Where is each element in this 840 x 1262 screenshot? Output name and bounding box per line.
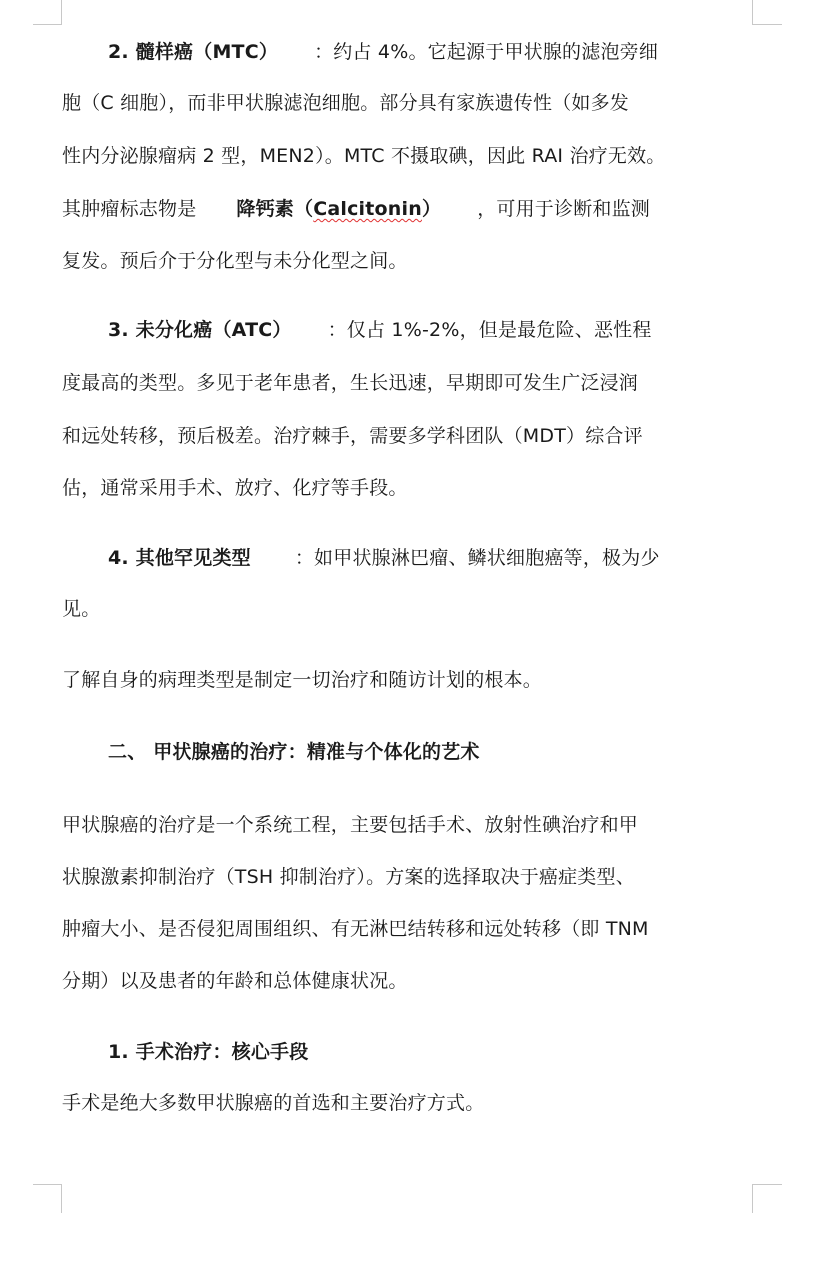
paragraph-line: 其肿瘤标志物是降钙素（Calcitonin），可用于诊断和监测 [62, 196, 762, 222]
paragraph-line: 估，通常采用手术、放疗、化疗等手段。 [62, 475, 762, 501]
crop-mark-top-left-h [33, 24, 62, 25]
crop-mark-bottom-left-v [61, 1184, 62, 1213]
paragraph-line: 状腺激素抑制治疗（TSH 抑制治疗）。方案的选择取决于癌症类型、 [62, 864, 762, 890]
crop-mark-bottom-right-v [752, 1184, 753, 1213]
summary-paragraph: 了解自身的病理类型是制定一切治疗和随访计划的根本。 [62, 667, 762, 693]
paragraph-line: 2. 髓样癌（MTC）：约占 4%。它起源于甲状腺的滤泡旁细 [108, 39, 808, 65]
section-heading: 4. 其他罕见类型 [108, 547, 251, 569]
paragraph-line: 肿瘤大小、是否侵犯周围组织、有无淋巴结转移和远处转移（即 TNM [62, 916, 762, 942]
paragraph-text: ：约占 4%。它起源于甲状腺的滤泡旁细 [314, 41, 658, 63]
paragraph-line: 4. 其他罕见类型：如甲状腺淋巴瘤、鳞状细胞癌等，极为少 [108, 545, 808, 571]
paragraph-line: 和远处转移，预后极差。治疗棘手，需要多学科团队（MDT）综合评 [62, 423, 762, 449]
paragraph-text: ：仅占 1%-2%，但是最危险、恶性程 [328, 319, 652, 341]
paragraph-line: 复发。预后介于分化型与未分化型之间。 [62, 248, 762, 274]
paragraph-line: 胞（C 细胞），而非甲状腺滤泡细胞。部分具有家族遗传性（如多发 [62, 90, 762, 116]
crop-mark-top-right-v [752, 0, 753, 25]
paragraph-text: ：如甲状腺淋巴瘤、鳞状细胞癌等，极为少 [295, 547, 660, 569]
paragraph-text: 其肿瘤标志物是 [62, 198, 196, 220]
crop-mark-top-left-v [61, 0, 62, 25]
subsection-heading: 1. 手术治疗：核心手段 [108, 1039, 808, 1065]
paragraph-text: ，可用于诊断和监测 [477, 198, 650, 220]
paragraph-line: 性内分泌腺瘤病 2 型，MEN2）。MTC 不摄取碘，因此 RAI 治疗无效。 [62, 143, 762, 169]
crop-mark-top-right-h [752, 24, 782, 25]
paragraph-line: 3. 未分化癌（ATC）：仅占 1%-2%，但是最危险、恶性程 [108, 317, 808, 343]
crop-mark-bottom-left-h [33, 1184, 62, 1185]
crop-mark-bottom-right-h [752, 1184, 782, 1185]
calcitonin-term-close: ） [422, 198, 441, 220]
calcitonin-term: 降钙素（ [236, 198, 313, 220]
spellcheck-flagged-word[interactable]: Calcitonin [313, 198, 422, 220]
section-heading: 2. 髓样癌（MTC） [108, 41, 278, 63]
paragraph-line: 甲状腺癌的治疗是一个系统工程，主要包括手术、放射性碘治疗和甲 [62, 812, 762, 838]
chapter-heading: 二、 甲状腺癌的治疗：精准与个体化的艺术 [108, 739, 808, 765]
section-heading: 3. 未分化癌（ATC） [108, 319, 292, 341]
paragraph-line: 见。 [62, 596, 762, 622]
paragraph-line: 分期）以及患者的年龄和总体健康状况。 [62, 968, 762, 994]
paragraph-line: 手术是绝大多数甲状腺癌的首选和主要治疗方式。 [62, 1090, 762, 1116]
paragraph-line: 度最高的类型。多见于老年患者，生长迅速，早期即可发生广泛浸润 [62, 370, 762, 396]
